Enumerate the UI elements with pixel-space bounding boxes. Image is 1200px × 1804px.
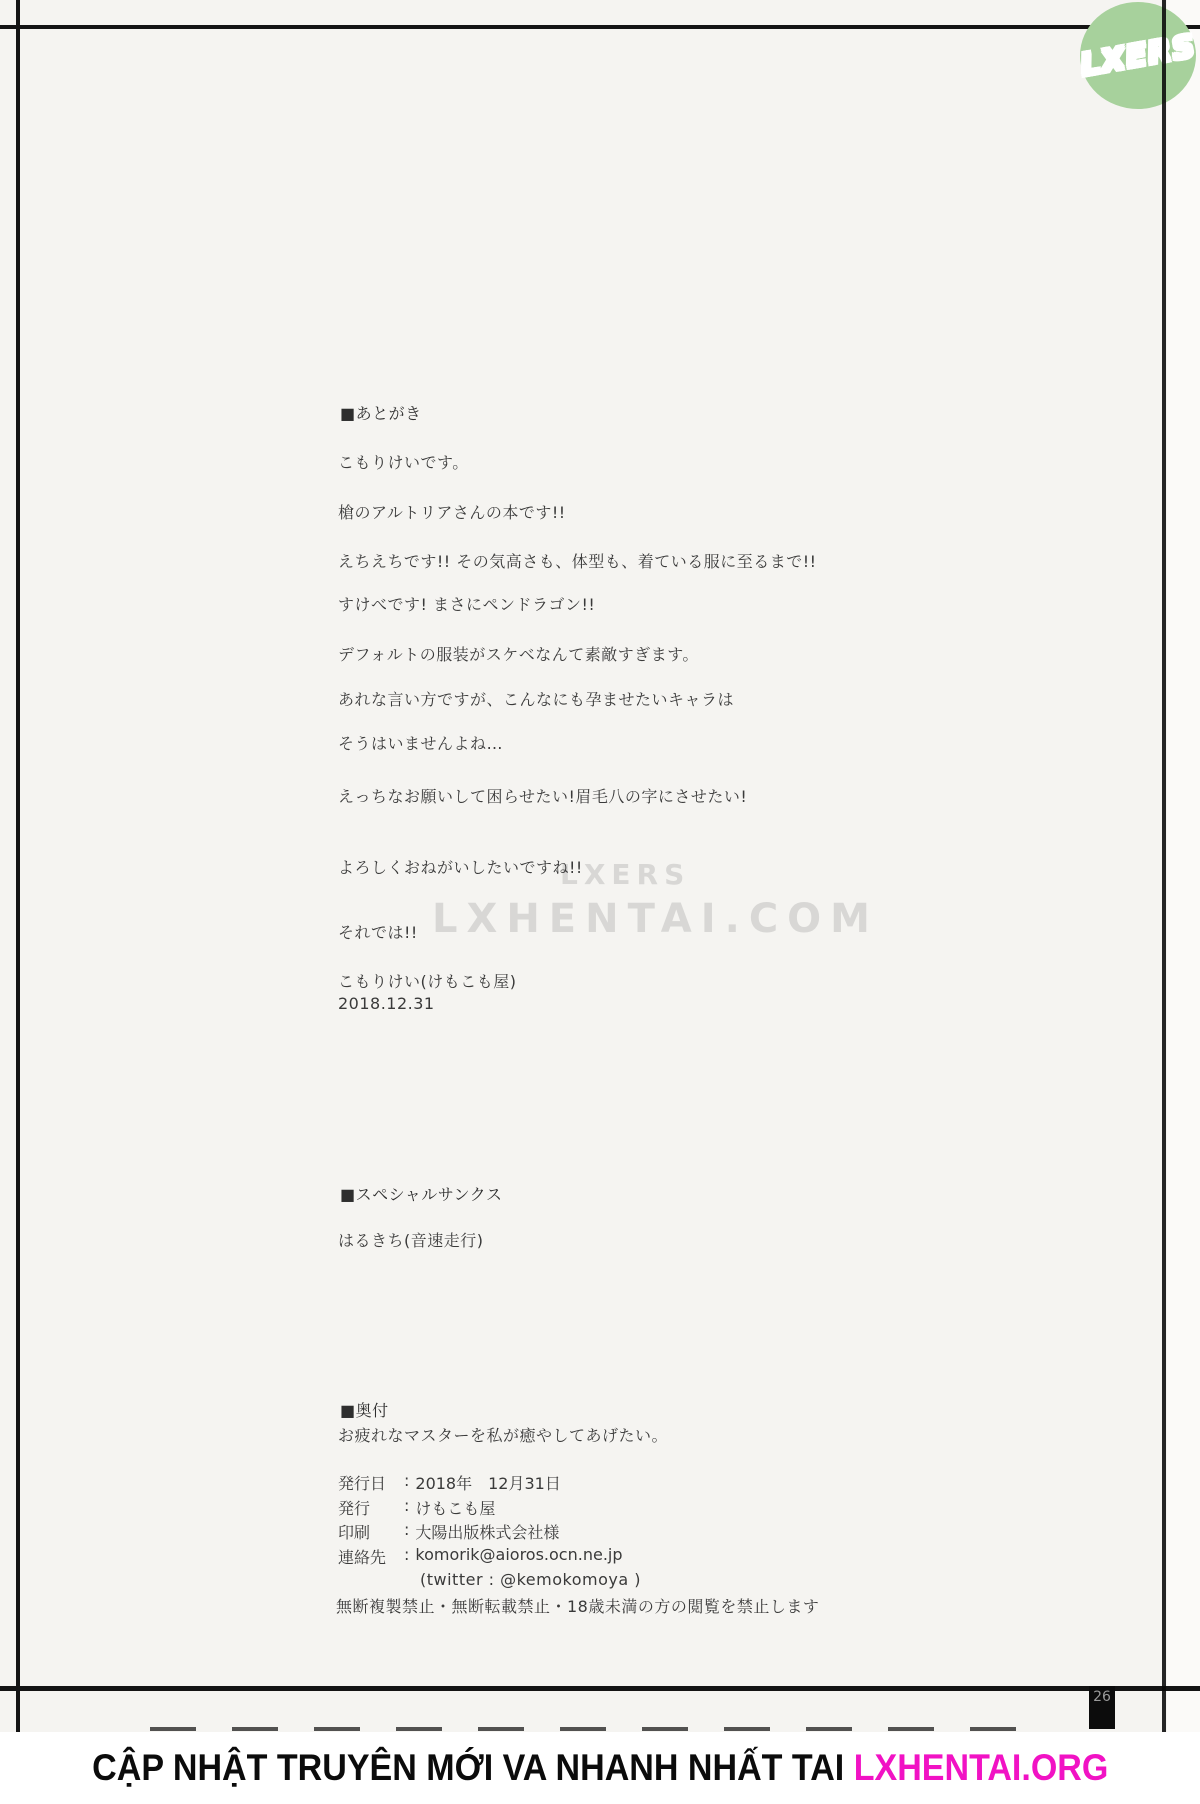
afterword-line: デフォルトの服装がスケベなんて素敵すぎます。: [338, 642, 699, 665]
colophon-label: 発行日: [338, 1471, 404, 1494]
colophon-value: 大陽出版株式会社様: [415, 1520, 559, 1543]
page-number: 26: [1093, 1689, 1111, 1729]
colophon-value: 2018年 12月31日: [415, 1471, 560, 1494]
scan-bottom-edge: [150, 1727, 1020, 1731]
colophon-row: 発行 : けもこも屋: [338, 1496, 495, 1519]
colophon-label: 発行: [338, 1496, 404, 1519]
afterword-line: すけべです! まさにペンドラゴン!!: [338, 592, 595, 615]
lxers-logo-icon: LXERS: [1080, 2, 1196, 109]
colophon-separator: :: [404, 1471, 409, 1494]
colophon-heading: ■奥付: [340, 1398, 389, 1421]
signature-name: こもりけい(けもこも屋): [338, 969, 517, 992]
afterword-line: こもりけいです。: [338, 450, 469, 473]
page-number-badge: 26: [1089, 1686, 1115, 1729]
colophon-row: 発行日 : 2018年 12月31日: [338, 1471, 561, 1494]
afterword-line: あれな言い方ですが、こんなにも孕ませたいキャラは: [338, 687, 734, 710]
colophon-separator: :: [404, 1520, 409, 1543]
special-thanks-line: はるきち(音速走行): [338, 1228, 484, 1251]
colophon-notice: 無断複製禁止・無断転載禁止・18歳未満の方の閲覧を禁止します: [336, 1594, 819, 1617]
colophon-separator: :: [404, 1496, 409, 1519]
afterword-line: えっちなお願いして困らせたい!眉毛八の字にさせたい!: [338, 784, 747, 807]
colophon-row: 連絡先 : komorik@aioros.ocn.ne.jp: [338, 1545, 623, 1568]
colophon-label: 印刷: [338, 1520, 404, 1543]
frame-line-left: [16, 0, 20, 1732]
page-edge-right: [1167, 0, 1200, 1732]
banner-text: CẬP NHẬT TRUYÊN MỚI VA NHANH NHẤT TAI: [92, 1747, 854, 1788]
afterword-line: それでは!!: [338, 920, 418, 943]
scanned-page: LXERS LXERS LXHENTAI.COM ■あとがき こもりけいです。 …: [0, 0, 1200, 1804]
paper-background: LXERS LXERS LXHENTAI.COM ■あとがき こもりけいです。 …: [0, 0, 1200, 1732]
afterword-line: よろしくおねがいしたいですね!!: [338, 855, 583, 878]
colophon-separator: :: [404, 1545, 409, 1568]
afterword-heading: ■あとがき: [340, 401, 422, 424]
colophon-value: けもこも屋: [415, 1496, 495, 1519]
banner-caption: CẬP NHẬT TRUYÊN MỚI VA NHANH NHẤT TAI LX…: [92, 1747, 1108, 1789]
afterword-line: えちえちです!! その気高さも、体型も、着ている服に至るまで!!: [338, 549, 817, 572]
colophon-row: 印刷 : 大陽出版株式会社様: [338, 1520, 559, 1543]
afterword-line: そうはいませんよね…: [338, 731, 503, 754]
colophon-twitter: (twitter : @kemokomoya ): [420, 1570, 641, 1589]
colophon-title: お疲れなマスターを私が癒やしてあげたい。: [338, 1423, 668, 1446]
footer-banner: CẬP NHẬT TRUYÊN MỚI VA NHANH NHẤT TAI LX…: [0, 1732, 1200, 1804]
colophon-label: 連絡先: [338, 1545, 404, 1568]
banner-site-link: LXHENTAI.ORG: [853, 1747, 1108, 1788]
frame-line-right: [1162, 0, 1166, 1732]
frame-line-bottom: [0, 1686, 1200, 1691]
signature-date: 2018.12.31: [338, 994, 435, 1013]
special-thanks-heading: ■スペシャルサンクス: [340, 1182, 503, 1205]
afterword-line: 槍のアルトリアさんの本です!!: [338, 500, 566, 523]
colophon-value: komorik@aioros.ocn.ne.jp: [415, 1545, 622, 1568]
lxers-logo-text: LXERS: [1078, 28, 1199, 84]
frame-line-top: [0, 25, 1200, 29]
watermark-site: LXHENTAI.COM: [432, 896, 879, 942]
